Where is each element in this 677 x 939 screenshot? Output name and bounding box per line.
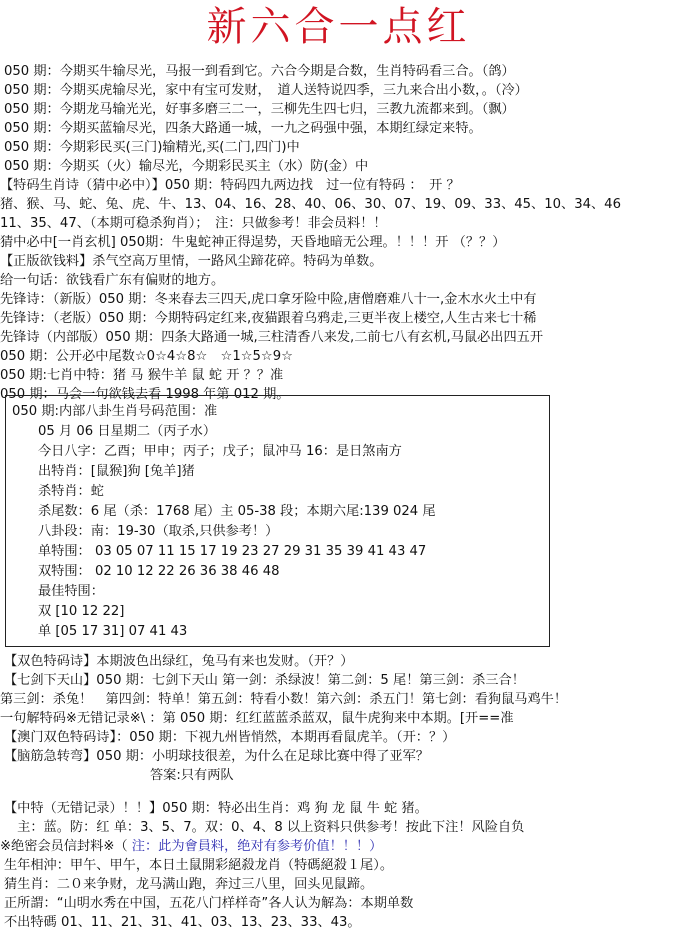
poem-line: 050 期：公开必中尾数☆0☆4☆8☆ ☆1☆5☆9☆ bbox=[0, 347, 293, 366]
box-line: 今日八字：乙酉；甲申；丙子；戊子；鼠冲马 16：是日煞南方 bbox=[38, 442, 402, 461]
poem-line: 猪、猴、马、蛇、兔、虎、牛、13、04、16、28、40、06、30、07、19… bbox=[0, 195, 621, 214]
top-line: 050 期：今期买（火）输尽光，今期彩民买主（水）防(金）中 bbox=[4, 157, 368, 176]
poem-line: 先锋诗：（新版）050 期：冬来春去三四天,虎口拿牙险中险,唐僧磨难八十一,金木… bbox=[0, 290, 536, 309]
box-line: 出特肖：[鼠猴]狗 [兔羊]猪 bbox=[38, 462, 195, 481]
box-line: 单特围： 03 05 07 11 15 17 19 23 27 29 31 35… bbox=[38, 542, 426, 561]
zhu-line: 主：蓝。防：红 单：3、5、7。双：0、4、8 以上资料只供参考！按此下注！风险… bbox=[4, 818, 524, 837]
bottom-line: 第三剑：杀兔！ 第四剑：特单！第五剑：特看小数！第六剑：杀五门！第七剑：看狗鼠马… bbox=[0, 690, 567, 709]
member-prefix: ※绝密会员信封料※（ bbox=[0, 839, 128, 854]
poem-line: 给一句话：欲钱看广东有偏财的地方。 bbox=[0, 271, 224, 290]
poem-line: 【正版欲钱料】杀气空高万里情，一路风尘蹄花碎。特码为单数。 bbox=[0, 252, 382, 271]
poem-line: 先锋诗：（老版）050 期：今期特码定红来,夜猫跟着乌鸦走,三更半夜上楼空,人生… bbox=[0, 309, 536, 328]
top-line: 050 期：今期龙马输光光，好事多磨三二一，三柳先生四七归，三教九流都来到。（飘… bbox=[4, 100, 515, 119]
bagua-box: 050 期:内部八卦生肖号码范围：准 05 月 06 日星期二（丙子水） 今日八… bbox=[5, 395, 550, 647]
member-line: ※绝密会员信封料※（ 注：此为會員料，绝对有参考价值！！！） bbox=[0, 837, 382, 856]
box-header: 050 期:内部八卦生肖号码范围：准 bbox=[12, 402, 217, 421]
box-line: 八卦段：南：19-30（取杀,只供参考！） bbox=[38, 522, 278, 541]
top-line: 050 期：今期买蓝输尽光，四条大路通一城，一九之码强中强，本期红绿定来特。 bbox=[4, 119, 482, 138]
final-line: 生年相沖：甲午、甲午，本日土鼠開彩絕殺龙肖（特碼絕殺１尾）。 bbox=[4, 856, 393, 875]
member-note: 注：此为會員料，绝对有参考价值！！！） bbox=[128, 839, 383, 854]
riddle-answer: 答案:只有两队 bbox=[150, 766, 234, 785]
top-line: 050 期：今期彩民买(三门)输精光,买(二门,四门)中 bbox=[4, 138, 300, 157]
box-line: 双 [10 12 22] bbox=[38, 602, 124, 621]
box-line: 单 [05 17 31] 07 41 43 bbox=[38, 622, 187, 641]
bottom-line: 【澳门双色特码诗】：050 期：下视九州皆悄然，本期再看鼠虎羊。（开：？） bbox=[4, 728, 455, 747]
bottom-line: 【七剑下天山】050 期：七剑下天山 第一剑：杀绿波！第二剑：5 尾！第三剑：杀… bbox=[4, 671, 525, 690]
poem-line: 【特码生肖诗（猜中必中）】050 期：特码四九两边找 过一位有特码 ： 开 ？ bbox=[0, 176, 460, 195]
box-line: 双特围： 02 10 12 22 26 36 38 46 48 bbox=[38, 562, 280, 581]
box-line: 杀尾数：6 尾（杀：1768 尾）主 05-38 段；本期六尾:139 024 … bbox=[38, 502, 436, 521]
page-title: 新六合一点红 bbox=[0, 2, 677, 52]
bottom-line: 【脑筋急转弯】050 期：小明球技很差，为什么在足球比赛中得了亚军？ bbox=[4, 747, 429, 766]
final-line: 正所謂：“山明水秀在中国，五花八门样样奇”各人认为解為：本期单数 bbox=[4, 894, 413, 913]
box-line: 05 月 06 日星期二（丙子水） bbox=[38, 422, 216, 441]
poem-line: 先锋诗（内部版）050 期：四条大路通一城,三柱清香八来发,二前七八有玄机,马鼠… bbox=[0, 328, 543, 347]
box-line: 杀特肖：蛇 bbox=[38, 482, 104, 501]
poem-line: 11、35、47、（本期可稳杀狗肖）； 注：只做参考！非会员料！！ bbox=[0, 214, 387, 233]
box-line: 最佳特围： bbox=[38, 582, 104, 601]
final-line: 猜生肖：二０来争财，龙马满山跑，奔过三八里，回头见鼠蹄。 bbox=[4, 875, 373, 894]
final-line: 不出特碼 01、11、21、31、41、03、13、23、33、43。 bbox=[4, 913, 361, 932]
top-line: 050 期：今期买虎输尽光，家中有宝可发财， 道人送特说四季，三九来合出小数，。… bbox=[4, 81, 528, 100]
poem-line: 050 期:七肖中特：猪 马 猴牛羊 鼠 蛇 开 ？？准 bbox=[0, 366, 283, 385]
zhongte-line: 【中特（无错记录）！！】050 期：特必出生肖：鸡 狗 龙 鼠 牛 蛇 猪。 bbox=[4, 799, 428, 818]
top-line: 050 期：今期买牛输尽光，马报一到看到它。六合今期是合数，生肖特码看三合。（鸽… bbox=[4, 62, 515, 81]
bottom-line: 一句解特码※无错记录※\ ：第 050 期：红红蓝蓝杀蓝双，鼠牛虎狗来中本期。[… bbox=[0, 709, 514, 728]
bottom-line: 【双色特码诗】本期波色出绿红，兔马有来也发财。（开？） bbox=[4, 652, 353, 671]
poem-line: 猜中必中[一肖玄机] 050期：牛鬼蛇神正得逞势，天昏地暗无公理。！！！开 （？… bbox=[0, 233, 505, 252]
